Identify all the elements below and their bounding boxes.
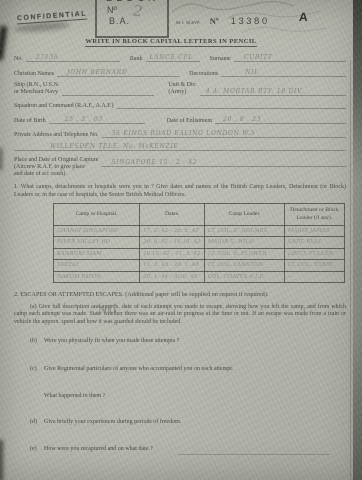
row-no-rank-surname: No. 27136 Rank LANCE CPL. Surname CUBITT bbox=[14, 53, 346, 62]
row-squadron: Squadron and Command (R.A.F., A.A.F.) bbox=[14, 100, 346, 109]
row-names-decorations: Christian Names JOHN BERNARD Decorations… bbox=[14, 68, 346, 77]
section-2a-text: (a) Give full description and approx. da… bbox=[14, 304, 346, 327]
escape-answer-handwritten: Nil bbox=[97, 302, 118, 317]
unit-div-field-line: 4 A. MORTAR BTY. 18 DIV. bbox=[200, 87, 346, 96]
question-2c-letter: (c) bbox=[30, 366, 44, 372]
question-2d-text: Give briefly your experiences during per… bbox=[44, 419, 181, 425]
col-camp-header: Camp or Hospital. bbox=[54, 204, 140, 225]
leader-entry: COL. COATES A.I.F. bbox=[208, 274, 264, 280]
question-2d: (d) Give briefly your experiences during… bbox=[30, 419, 181, 425]
camp-entry: RIVER VALLEY RD bbox=[57, 239, 110, 245]
birth-date-label: Date of Birth bbox=[14, 118, 46, 124]
row-ship-unit: Ship (R.N., U.S.N. or Merchant Navy Unit… bbox=[14, 82, 346, 96]
question-1-text: 1. What camps, detachments or hospitals … bbox=[14, 184, 346, 199]
leader-entry: LT. COL. LANGTON bbox=[208, 262, 263, 268]
leader-entry: LT. COL. S. FLOWER bbox=[208, 251, 267, 257]
surname-value: CUBITT bbox=[244, 54, 273, 61]
answer-line bbox=[178, 454, 330, 455]
table-row: CHANGI SINGAPORE 17. 2. 42 - 26. 6. 42 L… bbox=[54, 225, 345, 237]
form-body: No. 27136 Rank LANCE CPL. Surname CUBITT… bbox=[14, 53, 346, 326]
enlistment-date-label: Date of Enlistment bbox=[167, 118, 212, 124]
form-ref-prefix: M.I. 9/JAP. bbox=[176, 20, 201, 25]
decorations-value: NIL bbox=[245, 69, 259, 76]
camps-table-header-row: Camp or Hospital. Dates. Camp Leader. De… bbox=[54, 204, 345, 225]
squadron-label: Squadron and Command (R.A.F., A.A.F.) bbox=[14, 103, 114, 109]
dates-entry: 10.10. 42 - 11. 3. 43 bbox=[143, 251, 200, 257]
address-value-2: WILLESDEN TELE. No. McKENZIE bbox=[50, 143, 179, 150]
block-stamp-word: BLOCK bbox=[97, 0, 167, 4]
scan-artifact bbox=[0, 148, 2, 170]
squadron-field-line bbox=[117, 100, 346, 109]
address-value-1: 36 KINGS ROAD EALING LONDON W.5 bbox=[112, 130, 256, 137]
camp-entry: KANBURI SIAM bbox=[57, 251, 102, 257]
question-2e-letter: (e) bbox=[30, 446, 44, 452]
table-row: RIVER VALLEY RD 26. 6. 42 - 10.10. 42 MA… bbox=[54, 237, 345, 249]
section-2-heading: 2. ESCAPES OR ATTEMPTED ESCAPES. (Additi… bbox=[14, 291, 346, 299]
table-row: KANBURI SIAM 10.10. 42 - 11. 3. 43 LT. C… bbox=[54, 248, 345, 260]
question-2c-text: Give Regimental particulars of anyone wh… bbox=[44, 366, 233, 372]
surname-field-line: CUBITT bbox=[234, 53, 346, 62]
question-2c-followup: What happened to them ? bbox=[44, 393, 105, 399]
question-2c-followup-text: What happened to them ? bbox=[44, 393, 105, 399]
pow-questionnaire-document: CONFIDENTIAL BLOCK Nº B.A. 2 M.I. 9/JAP.… bbox=[0, 0, 362, 480]
form-reference-stamp: M.I. 9/JAP. Nº 13380 bbox=[176, 16, 270, 27]
no-value: 27136 bbox=[36, 54, 59, 61]
block-entry: LIEUT. FULLER bbox=[288, 251, 333, 257]
row-dates: Date of Birth 25 . 2 . 03 Date of Enlist… bbox=[14, 115, 346, 124]
block-number-stamp: BLOCK Nº B.A. 2 bbox=[95, 0, 169, 38]
enlistment-date-field-line: 20 . 8 . 23 bbox=[215, 115, 346, 124]
form-ref-no-label: Nº bbox=[210, 16, 219, 26]
capture-value: SINGAPORE 15 . 2 . 42 bbox=[111, 159, 197, 166]
block-entry: LT. COL. TOBIN bbox=[288, 262, 333, 268]
question-2b: (b) Were you physically fit when you mad… bbox=[30, 338, 179, 344]
ship-field-line bbox=[62, 87, 154, 96]
enlistment-date-value: 20 . 8 . 23 bbox=[223, 116, 261, 123]
form-title: WRITE IN BLOCK CAPITAL LETTERS IN PENCIL bbox=[0, 38, 342, 45]
camp-entry: CHANGI SINGAPORE bbox=[57, 228, 118, 234]
table-row: NAKOM PATON 29. 1. 44 - AUG. 45 COL. COA… bbox=[54, 271, 345, 283]
question-2b-text: Were you physically fit when you made th… bbox=[44, 338, 179, 344]
leader-entry: LT. COL. E. HOLMES bbox=[208, 228, 268, 234]
camp-entry: TAKELI bbox=[57, 262, 78, 268]
camps-table: Camp or Hospital. Dates. Camp Leader. De… bbox=[53, 203, 345, 283]
address-label: Private Address and Telephone No. bbox=[14, 132, 99, 138]
col-leader-header: Camp Leader. bbox=[205, 204, 285, 225]
christian-names-label: Christian Names bbox=[14, 71, 54, 77]
col-block-header: Detachment or Block Leader (if any). bbox=[284, 204, 344, 225]
question-2e-text: How were you recaptured and on what date… bbox=[44, 446, 153, 452]
block-entry: CAPT. BULL bbox=[288, 239, 322, 245]
scan-artifact bbox=[0, 440, 3, 480]
unit-div-label: Unit & Div. (Army) bbox=[168, 82, 196, 96]
dates-entry: 11. 3. 43 - 29. 1. 44 bbox=[143, 262, 198, 268]
question-2e: (e) How were you recaptured and on what … bbox=[30, 446, 153, 452]
row-capture: Place and Date of Original Capture (Airc… bbox=[14, 157, 346, 179]
no-field-line: 27136 bbox=[26, 53, 120, 62]
annotation-letter: A bbox=[299, 10, 308, 24]
birth-date-value: 25 . 2 . 03 bbox=[65, 116, 103, 123]
question-2c: (c) Give Regimental particulars of anyon… bbox=[30, 366, 233, 372]
address-field-line-2: WILLESDEN TELE. No. McKENZIE bbox=[14, 142, 346, 151]
form-ref-number: 13380 bbox=[231, 16, 270, 27]
christian-names-field-line: JOHN BERNARD bbox=[57, 68, 179, 77]
block-entry: MAJOR JAMES bbox=[288, 228, 330, 234]
unit-div-value: 4 A. MORTAR BTY. 18 DIV. bbox=[206, 88, 304, 95]
row-address: Private Address and Telephone No. 36 KIN… bbox=[14, 129, 346, 138]
decorations-field-line: NIL bbox=[221, 68, 346, 77]
camp-entry: NAKOM PATON bbox=[57, 274, 101, 280]
dates-entry: 29. 1. 44 - AUG. 45 bbox=[143, 274, 197, 280]
dates-entry: 17. 2. 42 - 26. 6. 42 bbox=[143, 228, 198, 234]
christian-names-value: JOHN BERNARD bbox=[67, 69, 127, 76]
table-row: TAKELI 11. 3. 43 - 29. 1. 44 LT. COL. LA… bbox=[54, 260, 345, 272]
scan-edge-shadow bbox=[353, 0, 362, 480]
row-address-2: WILLESDEN TELE. No. McKENZIE bbox=[14, 142, 346, 151]
dates-entry: 26. 6. 42 - 10.10. 42 bbox=[143, 239, 200, 245]
no-label: No. bbox=[14, 56, 23, 62]
block-entry: — bbox=[288, 274, 293, 280]
block-number-handwritten: 2 bbox=[132, 1, 144, 20]
ship-label: Ship (R.N., U.S.N. or Merchant Navy bbox=[14, 82, 59, 96]
rank-field-line: LANCE CPL. bbox=[146, 53, 200, 62]
capture-field-line: SINGAPORE 15 . 2 . 42 bbox=[101, 158, 346, 167]
rank-label: Rank bbox=[130, 56, 143, 62]
question-2d-letter: (d) bbox=[30, 419, 44, 425]
leader-entry: MAJOR G. WILD bbox=[208, 239, 254, 245]
decorations-label: Decorations bbox=[189, 71, 218, 77]
address-field-line-1: 36 KINGS ROAD EALING LONDON W.5 bbox=[102, 129, 346, 138]
birth-date-field-line: 25 . 2 . 03 bbox=[49, 115, 145, 124]
question-2b-letter: (b) bbox=[30, 338, 44, 344]
col-dates-header: Dates. bbox=[140, 204, 205, 225]
surname-label: Surname bbox=[210, 56, 231, 62]
page-crease bbox=[350, 60, 351, 480]
rank-value: LANCE CPL. bbox=[150, 54, 196, 61]
capture-label: Place and Date of Original Capture (Airc… bbox=[14, 157, 98, 179]
